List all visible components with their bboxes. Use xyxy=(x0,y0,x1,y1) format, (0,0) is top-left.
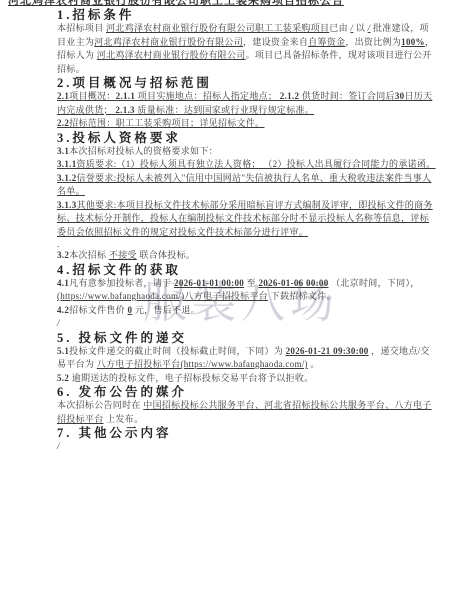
clause-number: 3.2 xyxy=(57,250,69,260)
clause-4-2: 4.2招标文件售价 0 元，售后不退。 xyxy=(57,304,437,318)
clause-number: 2.1.2 xyxy=(280,91,300,101)
clause-4-1: 4.1凡有意参加投标者，请于 2026-01-01 00:00 至 2026-0… xyxy=(57,277,437,304)
section-1-heading: 1.招标条件 xyxy=(57,8,437,22)
clause-number: 2.2 xyxy=(57,118,69,128)
separator: 、 xyxy=(255,400,264,410)
clause-number: 4.1 xyxy=(57,278,69,288)
clause-3-1-3: 3.1.3其他要求:本项目投标文件技术标部分采用暗标盲评方式编制及评审，即投标文… xyxy=(57,199,437,240)
section-3-heading: 3.投标人资格要求 xyxy=(57,131,437,145)
text-run: 本次招标公告同时在 xyxy=(57,400,143,410)
text-run: 招标范围：职工工装采购项目；详见招标文件。 xyxy=(69,118,264,128)
project-name-value: 河北鸡泽农村商业银行股份有限公司职工工装采购项目 xyxy=(106,23,329,33)
clause-5-2: 5.2 逾期送达的投标文件，电子招标投标交易平台将予以拒收。 xyxy=(57,372,437,386)
clause-3-2: 3.2本次招标 不接受 联合体投标。 xyxy=(57,249,437,263)
clause-number: 5.1 xyxy=(57,346,69,356)
text-run: 以 xyxy=(353,23,367,33)
text-run: 已由 xyxy=(329,23,350,33)
clause-number: 3.1 xyxy=(57,146,69,156)
clause-number: 2.1.3 xyxy=(115,105,135,115)
media-link-china-platform[interactable]: 中国招标投标公共服务平台 xyxy=(143,400,255,410)
text-run: 供货时间：签订合同后 xyxy=(299,91,395,101)
text-run: 。 xyxy=(308,359,320,369)
text-run: 资质要求:（1）投标人须具有独立法人资格； （2）投标人出具履行合同能力的承诺函… xyxy=(77,159,436,169)
text-run: 招标文件售价 xyxy=(69,305,127,315)
section-5-heading: 5. 投标文件的递交 xyxy=(57,331,437,345)
placeholder-slash: / xyxy=(57,317,437,331)
text-run: 下载招标文件。 xyxy=(268,291,336,301)
clause-number: 5.2 xyxy=(57,373,69,383)
text-run: 上发布。 xyxy=(104,414,144,424)
doc-end-datetime: 2026-01-06 00:00 xyxy=(258,278,328,288)
text-run: 本招标项目 xyxy=(57,23,106,33)
delivery-days-value: 30 xyxy=(395,91,405,101)
text-run: 其他要求:本项目投标文件技术标部分采用暗标盲评方式编制及评审，即投标文件的商务标… xyxy=(57,200,433,237)
text-run: （北京时间，下同）， xyxy=(329,278,420,288)
document-title: 河北鸡泽农村商业银行股份有限公司职工工装采购项目招标公告 xyxy=(8,0,437,8)
text-run: ，建设资金来自 xyxy=(243,37,308,47)
clause-3-1-1: 3.1.1资质要求:（1）投标人须具有独立法人资格； （2）投标人出具履行合同能… xyxy=(57,158,437,172)
separator: 、 xyxy=(385,400,394,410)
clause-number: 3.1.1 xyxy=(57,159,77,169)
section-4-heading: 4.招标文件的获取 xyxy=(57,263,437,277)
section-2-overview-paragraph: 2.1项目概况：2.1.1 项目实施地点：招标人指定地点； 2.1.2 供货时间… xyxy=(57,90,437,117)
text-run: 项目实施地点：招标人指定地点； xyxy=(135,91,280,101)
text-run: 至 xyxy=(244,278,258,288)
tenderer-name-value: 河北鸡泽农村商业银行股份有限公司 xyxy=(97,50,246,60)
text-run: 项目概况： xyxy=(69,91,116,101)
text-run: 凡有意参加投标者，请于 xyxy=(69,278,174,288)
funding-source-value: 自筹资金 xyxy=(308,37,345,47)
clause-number: 2.1.1 xyxy=(116,91,136,101)
clause-5-1: 5.1投标文件递交的截止时间（投标截止时间，下同）为 2026-01-21 09… xyxy=(57,345,437,372)
bid-deadline-datetime: 2026-01-21 09:30:00 xyxy=(286,346,369,356)
text-run: 逾期送达的投标文件，电子招标投标交易平台将予以拒收。 xyxy=(69,373,313,383)
media-link-hebei-platform[interactable]: 河北省招标投标公共服务平台 xyxy=(264,400,385,410)
funding-ratio-value: 100% xyxy=(401,37,425,47)
owner-name-value: 河北鸡泽农村商业银行股份有限公司 xyxy=(94,37,243,47)
text-run: 本次招标对投标人的资格要求如下： xyxy=(69,146,218,156)
clause-number: 4.2 xyxy=(57,305,69,315)
section-7-heading: 7. 其他公示内容 xyxy=(57,426,437,440)
placeholder-slash: / xyxy=(57,440,437,454)
consortium-not-accepted-value: 不接受 xyxy=(109,250,137,260)
section-6-heading: 6. 发布公告的媒介 xyxy=(57,385,437,399)
text-run: 信誉要求:投标人未被列入"信用中国网站"失信被执行人名单、重大税收违法案件当事人… xyxy=(57,173,431,197)
stray-period: . xyxy=(57,239,437,249)
section-2-heading: 2.项目概况与招标范围 xyxy=(57,76,437,90)
doc-start-datetime: 2026-01-01 00:00 xyxy=(174,278,244,288)
section-6-paragraph: 本次招标公告同时在 中国招标投标公共服务平台、河北省招标投标公共服务平台、八方电… xyxy=(57,399,437,426)
text-run: 本次招标 xyxy=(69,250,109,260)
document-page: 河北鸡泽农村商业银行股份有限公司职工工装采购项目招标公告 1.招标条件 本招标项… xyxy=(0,0,450,454)
platform-url-link[interactable]: 八方电子招投标平台(https://www.bafanghaoda.com/) xyxy=(97,359,308,369)
clause-number: 3.1.3 xyxy=(57,200,77,210)
section-1-paragraph: 本招标项目 河北鸡泽农村商业银行股份有限公司职工工装采购项目已由 / 以 / 批… xyxy=(57,22,437,76)
clause-number: 2.1 xyxy=(57,91,69,101)
text-run: ，出资比例为 xyxy=(345,37,401,47)
text-run: 联合体投标。 xyxy=(137,250,195,260)
platform-url-link[interactable]: (https://www.bafanghaoda.com/)八方电子招投标平台 xyxy=(57,291,268,301)
clause-3-1-2: 3.1.2信誉要求:投标人未被列入"信用中国网站"失信被执行人名单、重大税收违法… xyxy=(57,172,437,199)
clause-number: 3.1.2 xyxy=(57,173,77,183)
text-run: 质量标准：达到国家或行业现行规定标准。 xyxy=(135,105,314,115)
clause-3-1: 3.1本次招标对投标人的资格要求如下： xyxy=(57,145,437,159)
text-run: 元，售后不退。 xyxy=(132,305,200,315)
text-run: 投标文件递交的截止时间（投标截止时间，下同）为 xyxy=(69,346,285,356)
section-2-scope-paragraph: 2.2招标范围：职工工装采购项目；详见招标文件。 xyxy=(57,117,437,131)
